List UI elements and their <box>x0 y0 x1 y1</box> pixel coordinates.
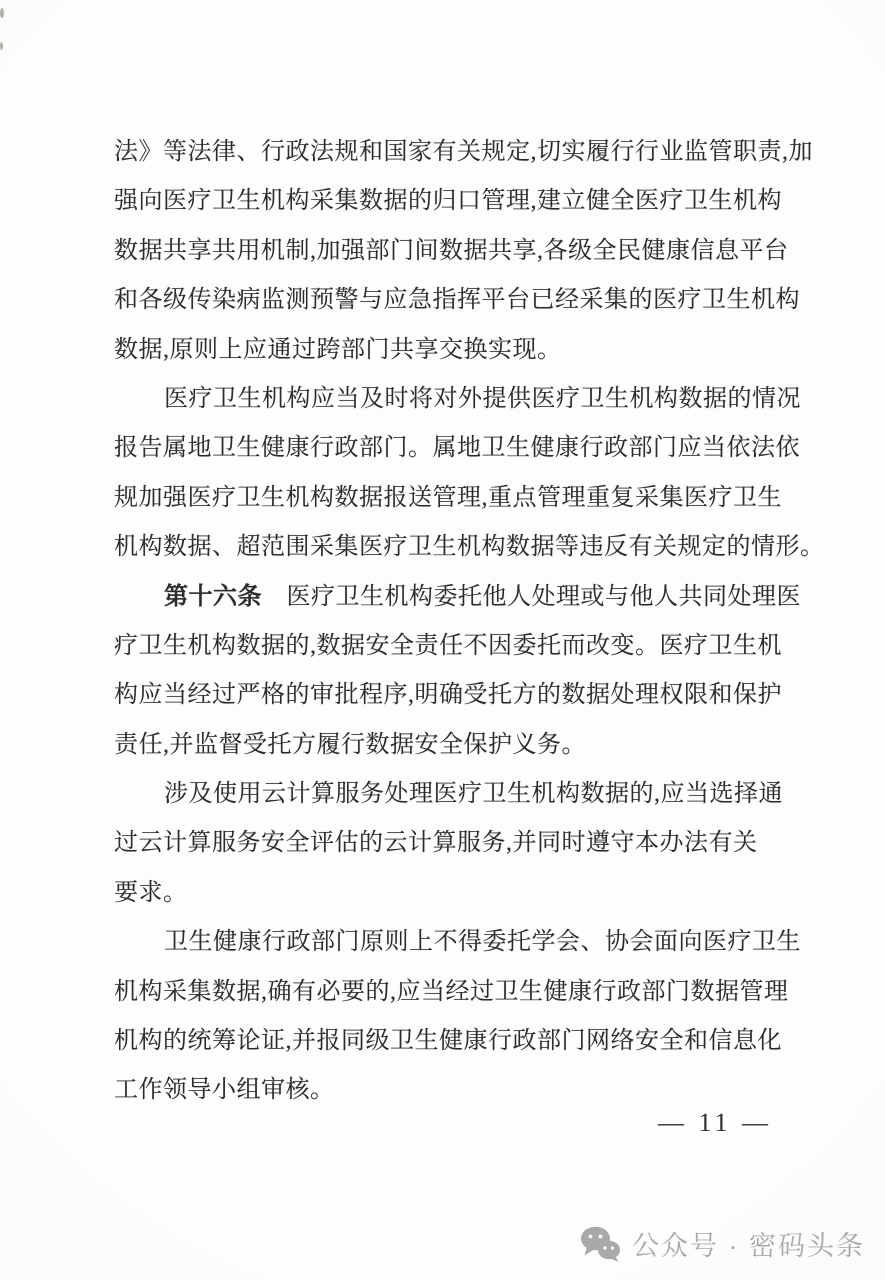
text-line: 机构的统筹论证,并报同级卫生健康行政部门网络安全和信息化 <box>114 1017 814 1066</box>
text-line: 要求。 <box>114 869 814 918</box>
text-line: 规加强医疗卫生机构数据报送管理,重点管理重复采集医疗卫生 <box>114 474 814 523</box>
text-line: 第十六条 医疗卫生机构委托他人处理或与他人共同处理医 <box>114 573 814 622</box>
text-line: 和各级传染病监测预警与应急指挥平台已经采集的医疗卫生机构 <box>114 276 814 325</box>
text-segment: 医疗卫生机构委托他人处理或与他人共同处理医 <box>262 584 801 610</box>
scan-artifact <box>0 8 4 18</box>
text-line: 机构数据、超范围采集医疗卫生机构数据等违反有关规定的情形。 <box>114 523 814 572</box>
text-line: 责任,并监督受托方履行数据安全保护义务。 <box>114 721 814 770</box>
text-line: 报告属地卫生健康行政部门。属地卫生健康行政部门应当依法依 <box>114 424 814 473</box>
text-line: 数据共享共用机制,加强部门间数据共享,各级全民健康信息平台 <box>114 227 814 276</box>
text-line: 涉及使用云计算服务处理医疗卫生机构数据的,应当选择通 <box>114 770 814 819</box>
text-line: 数据,原则上应通过跨部门共享交换实现。 <box>114 326 814 375</box>
footer-text: 公众号 · 密码头条 <box>632 1224 865 1263</box>
text-line: 构应当经过严格的审批程序,明确受托方的数据处理权限和保护 <box>114 671 814 720</box>
text-line: 过云计算服务安全评估的云计算服务,并同时遵守本办法有关 <box>114 819 814 868</box>
text-line: 法》等法律、行政法规和国家有关规定,切实履行行业监管职责,加 <box>114 128 814 177</box>
footer-watermark: 公众号 · 密码头条 <box>580 1224 865 1263</box>
text-line: 机构采集数据,确有必要的,应当经过卫生健康行政部门数据管理 <box>114 968 814 1017</box>
text-line: 疗卫生机构数据的,数据安全责任不因委托而改变。医疗卫生机 <box>114 622 814 671</box>
article-number: 第十六条 <box>164 584 262 610</box>
scan-artifact <box>0 42 3 50</box>
text-line: 卫生健康行政部门原则上不得委托学会、协会面向医疗卫生 <box>114 918 814 967</box>
text-line: 医疗卫生机构应当及时将对外提供医疗卫生机构数据的情况 <box>114 375 814 424</box>
text-line: 强向医疗卫生机构采集数据的归口管理,建立健全医疗卫生机构 <box>114 177 814 226</box>
page-number: — 11 — <box>655 1108 775 1138</box>
document-body: 法》等法律、行政法规和国家有关规定,切实履行行业监管职责,加强向医疗卫生机构采集… <box>114 128 814 1116</box>
wechat-icon <box>580 1226 622 1262</box>
document-page: 法》等法律、行政法规和国家有关规定,切实履行行业监管职责,加强向医疗卫生机构采集… <box>0 0 885 1280</box>
